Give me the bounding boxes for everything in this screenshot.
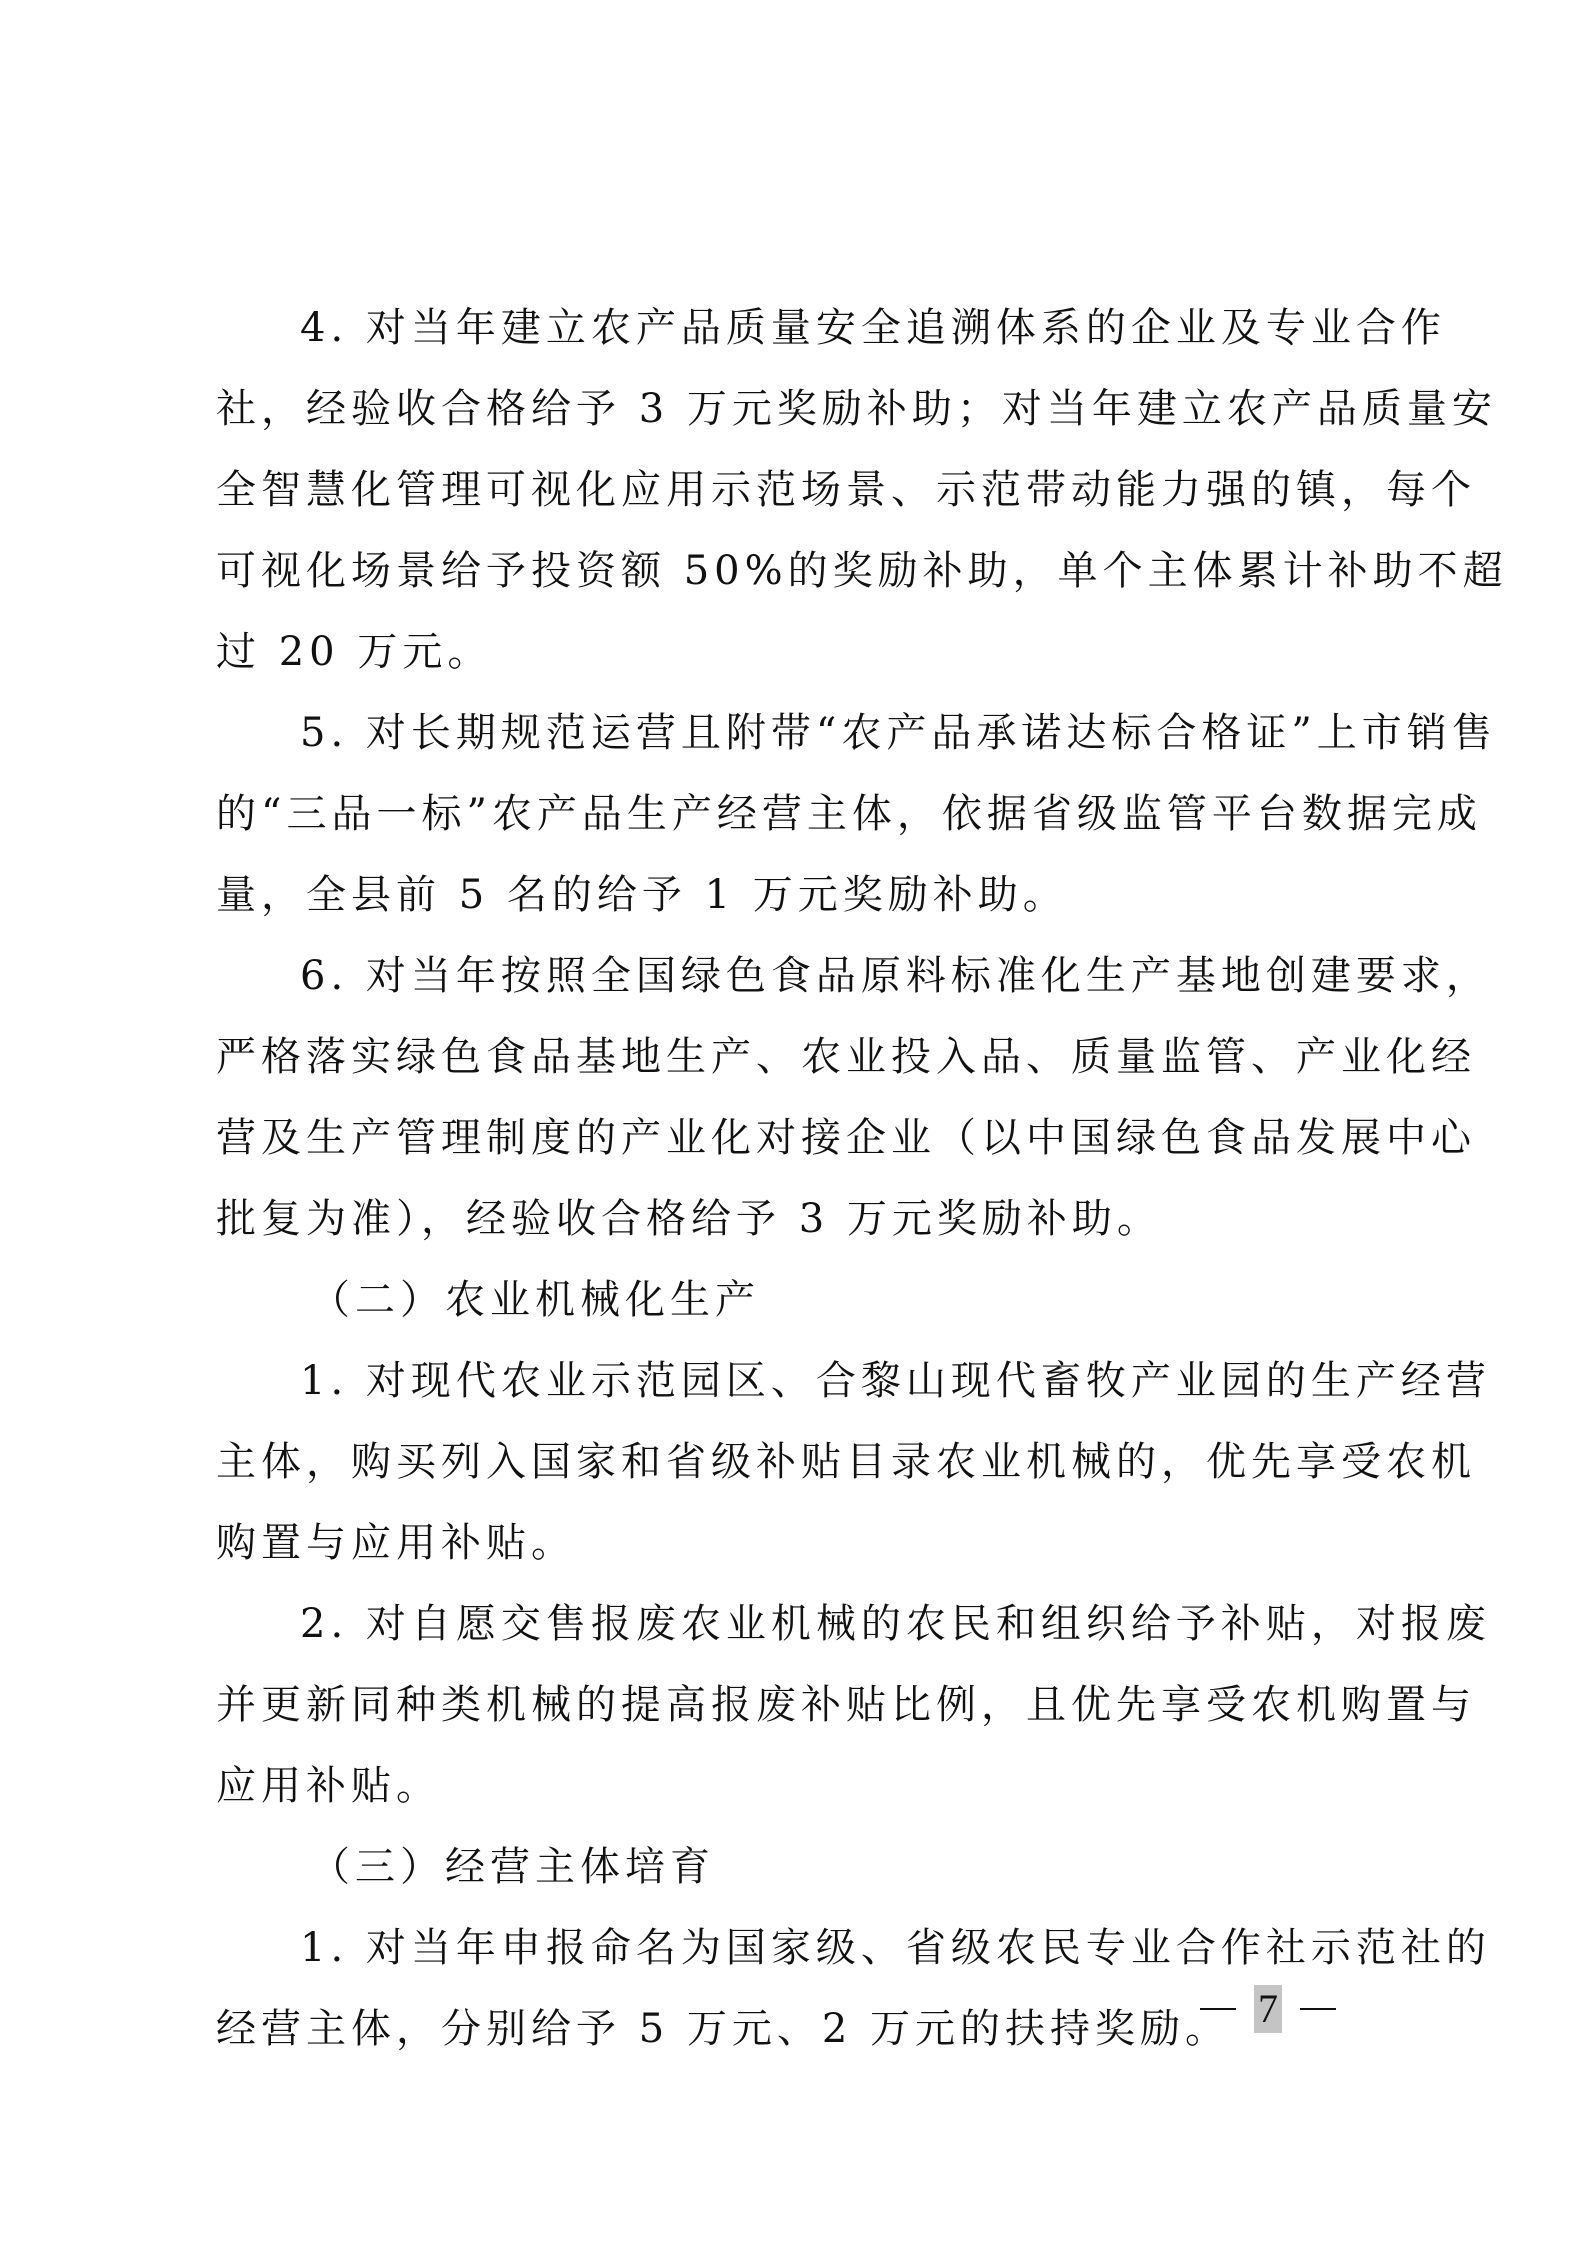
page-number: 7 <box>1254 1985 1282 2033</box>
paragraph-4-line-4: 可视化场景给予投资额 50%的奖励补助，单个主体累计补助不超 <box>216 531 1390 612</box>
paragraph-5-line-3: 量，全县前 5 名的给予 1 万元奖励补助。 <box>216 855 1390 936</box>
page-number-footer: 7 <box>1200 1985 1336 2033</box>
mech-paragraph-2-line-3: 应用补贴。 <box>216 1746 1390 1827</box>
mech-paragraph-2-line-1: 2. 对自愿交售报废农业机械的农民和组织给予补贴，对报废 <box>216 1584 1390 1665</box>
paragraph-4-line-3: 全智慧化管理可视化应用示范场景、示范带动能力强的镇，每个 <box>216 450 1390 531</box>
mech-paragraph-1-line-3: 购置与应用补贴。 <box>216 1503 1390 1584</box>
section-heading-mechanization: （二）农业机械化生产 <box>216 1260 1390 1341</box>
paragraph-4-line-5: 过 20 万元。 <box>216 612 1390 693</box>
paragraph-6-line-4: 批复为准），经验收合格给予 3 万元奖励补助。 <box>216 1179 1390 1260</box>
paragraph-4-line-2: 社，经验收合格给予 3 万元奖励补助；对当年建立农产品质量安 <box>216 369 1390 450</box>
paragraph-5-line-1: 5. 对长期规范运营且附带“农产品承诺达标合格证”上市销售 <box>216 693 1390 774</box>
mech-paragraph-1-line-1: 1. 对现代农业示范园区、合黎山现代畜牧产业园的生产经营 <box>216 1341 1390 1422</box>
dash-left <box>1200 2008 1236 2010</box>
document-body: 4. 对当年建立农产品质量安全追溯体系的企业及专业合作 社，经验收合格给予 3 … <box>216 288 1390 2070</box>
dash-right <box>1300 2008 1336 2010</box>
section-heading-entity-cultivation: （三）经营主体培育 <box>216 1827 1390 1908</box>
entity-paragraph-1-line-1: 1. 对当年申报命名为国家级、省级农民专业合作社示范社的 <box>216 1908 1390 1989</box>
paragraph-6-line-3: 营及生产管理制度的产业化对接企业（以中国绿色食品发展中心 <box>216 1098 1390 1179</box>
paragraph-6-line-2: 严格落实绿色食品基地生产、农业投入品、质量监管、产业化经 <box>216 1017 1390 1098</box>
paragraph-5-line-2: 的“三品一标”农产品生产经营主体，依据省级监管平台数据完成 <box>216 774 1390 855</box>
mech-paragraph-2-line-2: 并更新同种类机械的提高报废补贴比例，且优先享受农机购置与 <box>216 1665 1390 1746</box>
paragraph-6-line-1: 6. 对当年按照全国绿色食品原料标准化生产基地创建要求， <box>216 936 1390 1017</box>
mech-paragraph-1-line-2: 主体，购买列入国家和省级补贴目录农业机械的，优先享受农机 <box>216 1422 1390 1503</box>
paragraph-4-line-1: 4. 对当年建立农产品质量安全追溯体系的企业及专业合作 <box>216 288 1390 369</box>
